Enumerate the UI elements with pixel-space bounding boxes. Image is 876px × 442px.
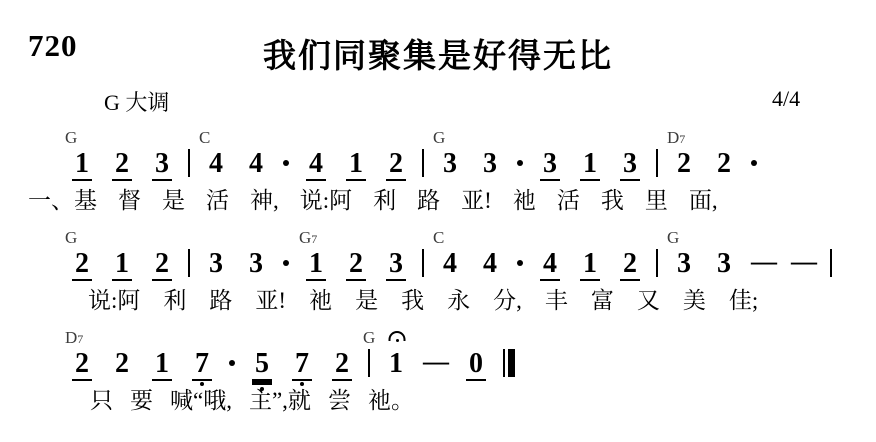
- note-cell: G71: [296, 228, 336, 281]
- notes-row: G21233G7123C44412G33——: [62, 228, 876, 281]
- note-cell: 2: [376, 128, 416, 181]
- note-digit: 1: [580, 149, 600, 181]
- lyric-syllable: 佳;: [729, 287, 758, 316]
- lyric-syllable: 亚!: [461, 187, 492, 216]
- score-line: G123C44412G33313D722一、基督是活神,说:阿利路亚!祂活我里面…: [0, 128, 876, 181]
- note-digit: 2: [72, 249, 92, 281]
- dash-glyph: —: [791, 249, 817, 275]
- note-cell: 3: [236, 228, 276, 279]
- note-cell: 1: [102, 228, 142, 281]
- lyric-syllable: 说:阿: [88, 287, 140, 316]
- dash-glyph: —: [751, 249, 777, 275]
- lyric-syllable: 神,: [250, 187, 279, 216]
- note-digit: 3: [540, 149, 560, 181]
- score-line: D72217572G1—0只要喊“哦,主”,就尝祂。: [0, 328, 876, 381]
- note-cell: 2: [704, 128, 744, 179]
- note-digit: 1: [306, 249, 326, 281]
- barline: [824, 228, 838, 277]
- lyric-syllable: 祂。: [368, 387, 414, 416]
- chord-label: C: [433, 229, 444, 246]
- augmentation-dot: [276, 228, 296, 266]
- chord-label: D7: [65, 329, 83, 346]
- score: G123C44412G33313D722一、基督是活神,说:阿利路亚!祂活我里面…: [0, 0, 876, 442]
- note-cell: 2: [102, 128, 142, 181]
- chord-label: G: [433, 129, 445, 146]
- barline-stroke: [188, 249, 190, 277]
- note-cell: 5: [242, 328, 282, 381]
- dot-glyph: [283, 160, 289, 166]
- barline-stroke: [656, 249, 658, 277]
- note-cell: 4: [470, 228, 510, 279]
- barline: [182, 228, 196, 277]
- lyric-syllable: 利: [163, 287, 186, 316]
- note-cell: 0: [456, 328, 496, 381]
- note-digit: 3: [674, 249, 694, 279]
- note-cell: 4: [236, 128, 276, 179]
- note-digit: 1: [346, 149, 366, 181]
- barline: [650, 228, 664, 277]
- dot-glyph: [751, 160, 757, 166]
- note-cell: 3: [196, 228, 236, 279]
- barline-stroke: [188, 149, 190, 177]
- note-cell: 7: [182, 328, 222, 381]
- note-digit: 3: [152, 149, 172, 181]
- barline: [182, 128, 196, 177]
- note-cell: 3: [704, 228, 744, 279]
- note-digit: 0: [466, 349, 486, 381]
- barline-stroke: [830, 249, 832, 277]
- note-cell: 3: [376, 228, 416, 281]
- dash-glyph: —: [423, 349, 449, 375]
- note-digit: 2: [72, 349, 92, 381]
- lyric-syllable: 主”,就: [249, 387, 311, 416]
- note-cell: G3: [664, 228, 704, 279]
- lyric-syllable: 丰: [545, 287, 568, 316]
- lyric-syllable: 美: [683, 287, 706, 316]
- note-digit: 1: [386, 349, 406, 379]
- augmentation-dot: [744, 128, 764, 166]
- barline-stroke: [656, 149, 658, 177]
- note-cell: 2: [336, 228, 376, 281]
- note-digit: 2: [714, 149, 734, 179]
- note-cell: G3: [430, 128, 470, 179]
- final-barline-strokes: [503, 349, 515, 377]
- note-digit: 3: [440, 149, 460, 179]
- augmentation-dot: [222, 328, 242, 366]
- barline-stroke: [422, 249, 424, 277]
- dot-glyph: [517, 160, 523, 166]
- note-cell: 3: [610, 128, 650, 181]
- lyric-syllable: 里: [645, 187, 668, 216]
- lyric-syllable: 亚!: [255, 287, 286, 316]
- note-cell: C4: [430, 228, 470, 279]
- note-digit: 1: [152, 349, 172, 381]
- lyric-syllable: 我: [401, 287, 424, 316]
- note-cell: 3: [142, 128, 182, 181]
- note-cell: 1: [570, 228, 610, 281]
- note-cell: 3: [530, 128, 570, 181]
- dot-glyph: [283, 260, 289, 266]
- note-cell: 7: [282, 328, 322, 381]
- chord-label: D7: [667, 129, 685, 146]
- note-cell: 2: [610, 228, 650, 281]
- note-cell: 4: [296, 128, 336, 181]
- note-digit: 4: [206, 149, 226, 179]
- note-digit: 4: [480, 249, 500, 279]
- duration-dash: —: [744, 228, 784, 275]
- final-bar-thin: [503, 349, 505, 377]
- lyrics-row: 一、基督是活神,说:阿利路亚!祂活我里面,: [28, 187, 718, 216]
- note-cell: 3: [470, 128, 510, 179]
- note-digit: 3: [206, 249, 226, 279]
- note-digit: 7: [292, 349, 312, 381]
- lyric-syllable: 一、基: [28, 187, 97, 216]
- note-digit: 2: [674, 149, 694, 179]
- duration-dash: —: [784, 228, 824, 275]
- lyric-syllable: 要: [130, 387, 153, 416]
- note-digit: 3: [480, 149, 500, 179]
- note-digit: 3: [620, 149, 640, 181]
- lyrics-row: 只要喊“哦,主”,就尝祂。: [90, 387, 414, 416]
- score-line: G21233G7123C44412G33——说:阿利路亚!祂是我永分,丰富又美佳…: [0, 228, 876, 281]
- fermata-icon: [389, 331, 406, 341]
- lyric-syllable: 尝: [328, 387, 351, 416]
- note-cell: 2: [142, 228, 182, 281]
- note-digit: 1: [580, 249, 600, 281]
- note-digit: 2: [386, 149, 406, 181]
- low-octave-dot: [200, 382, 204, 386]
- lyric-syllable: 又: [637, 287, 660, 316]
- note-digit: 2: [346, 249, 366, 281]
- chord-label: G7: [299, 229, 317, 246]
- lyric-syllable: 祂: [309, 287, 332, 316]
- lyric-syllable: 永: [447, 287, 470, 316]
- hymn-sheet: 720 我们同聚集是好得无比 G 大调 4/4 G123C44412G33313…: [0, 0, 876, 442]
- note-digit: 4: [306, 149, 326, 181]
- dot-glyph: [229, 360, 235, 366]
- lyric-syllable: 路: [209, 287, 232, 316]
- note-digit: 2: [332, 349, 352, 381]
- lyric-syllable: 活: [206, 187, 229, 216]
- barline: [416, 228, 430, 277]
- note-digit: 4: [540, 249, 560, 281]
- lyric-syllable: 路: [417, 187, 440, 216]
- chord-label: G: [65, 229, 77, 246]
- lyric-syllable: 面,: [689, 187, 718, 216]
- lyric-syllable: 是: [355, 287, 378, 316]
- final-barline: [496, 328, 522, 377]
- note-cell: 2: [322, 328, 362, 381]
- lyric-syllable: 只: [90, 387, 113, 416]
- note-digit: 2: [112, 349, 132, 379]
- note-cell: 1: [142, 328, 182, 381]
- note-cell: C4: [196, 128, 236, 179]
- note-digit: 5: [252, 349, 272, 381]
- lyric-syllable: 我: [601, 187, 624, 216]
- chord-label: C: [199, 129, 210, 146]
- lyric-syllable: 是: [162, 187, 185, 216]
- note-digit: 1: [72, 149, 92, 181]
- note-digit: 4: [440, 249, 460, 279]
- barline: [416, 128, 430, 177]
- lyric-syllable: 活: [557, 187, 580, 216]
- note-digit: 3: [386, 249, 406, 281]
- note-digit: 2: [112, 149, 132, 181]
- dot-glyph: [517, 260, 523, 266]
- note-cell: 2: [102, 328, 142, 379]
- augmentation-dot: [510, 228, 530, 266]
- barline-stroke: [368, 349, 370, 377]
- chord-label: G: [667, 229, 679, 246]
- duration-dash: —: [416, 328, 456, 375]
- low-octave-dot: [300, 382, 304, 386]
- lyrics-row: 说:阿利路亚!祂是我永分,丰富又美佳;: [88, 287, 758, 316]
- lyric-syllable: 利: [373, 187, 396, 216]
- note-digit: 4: [246, 149, 266, 179]
- lyric-syllable: 督: [118, 187, 141, 216]
- note-cell: 1: [570, 128, 610, 181]
- note-digit: 7: [192, 349, 212, 381]
- chord-label: G: [65, 129, 77, 146]
- note-digit: 1: [112, 249, 132, 281]
- notes-row: G123C44412G33313D722: [62, 128, 876, 181]
- lyric-syllable: 富: [591, 287, 614, 316]
- lyric-syllable: 说:阿: [300, 187, 352, 216]
- final-bar-thick: [508, 349, 515, 377]
- note-digit: 2: [620, 249, 640, 281]
- lyric-syllable: 祂: [513, 187, 536, 216]
- note-digit: 2: [152, 249, 172, 281]
- chord-label: G: [363, 329, 375, 346]
- note-cell: D72: [62, 328, 102, 381]
- note-digit: 3: [246, 249, 266, 279]
- note-cell: G1: [376, 328, 416, 379]
- note-cell: 1: [336, 128, 376, 181]
- augmentation-dot: [510, 128, 530, 166]
- note-cell: 4: [530, 228, 570, 281]
- note-cell: G2: [62, 228, 102, 281]
- note-cell: G1: [62, 128, 102, 181]
- note-cell: D72: [664, 128, 704, 179]
- augmentation-dot: [276, 128, 296, 166]
- lyric-syllable: 喊“哦,: [170, 387, 232, 416]
- note-digit: 3: [714, 249, 734, 279]
- barline-stroke: [422, 149, 424, 177]
- lyric-syllable: 分,: [493, 287, 522, 316]
- notes-row: D72217572G1—0: [62, 328, 876, 381]
- barline: [650, 128, 664, 177]
